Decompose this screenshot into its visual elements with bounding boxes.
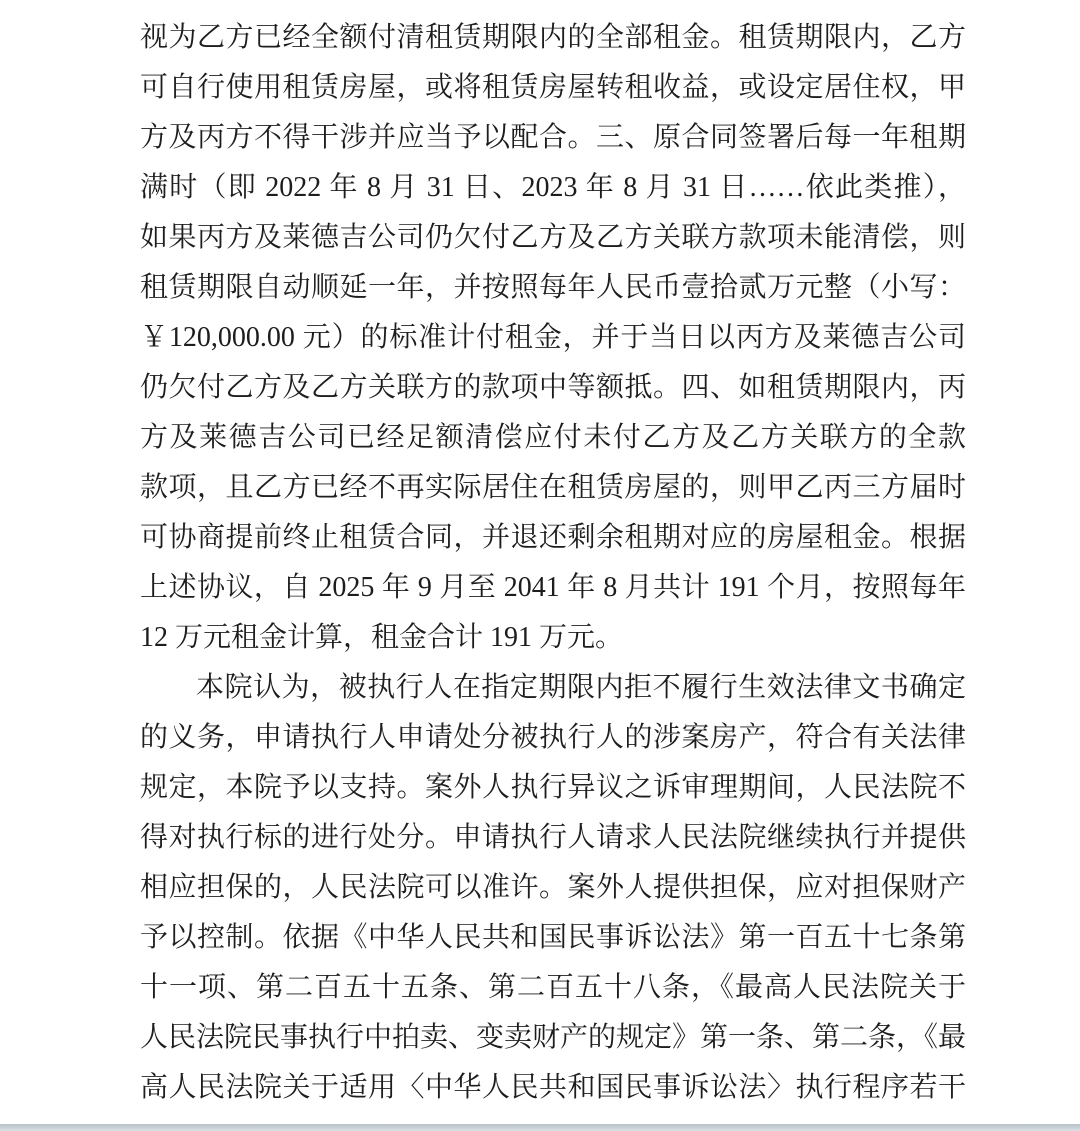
text-line: 人民法院民事执行中拍卖、变卖财产的规定》第一条、第二条，《最 bbox=[140, 1013, 966, 1063]
document-page: 视为乙方已经全额付清租赁期限内的全部租金。租赁期限内，乙方 可自行使用租赁房屋，… bbox=[0, 0, 1080, 1131]
text-line: 本院认为，被执行人在指定期限内拒不履行生效法律文书确定 bbox=[140, 663, 966, 713]
text-line: 高人民法院关于适用〈中华人民共和国民事诉讼法〉执行程序若干 bbox=[140, 1063, 966, 1113]
text-line: 仍欠付乙方及乙方关联方的款项中等额抵。四、如租赁期限内，丙 bbox=[140, 363, 966, 413]
text-line: 租赁期限自动顺延一年，并按照每年人民币壹拾贰万元整（小写： bbox=[140, 263, 966, 313]
text-line: 规定，本院予以支持。案外人执行异议之诉审理期间，人民法院不 bbox=[140, 763, 966, 813]
paragraph: 视为乙方已经全额付清租赁期限内的全部租金。租赁期限内，乙方 可自行使用租赁房屋，… bbox=[140, 13, 966, 663]
paragraph: 本院认为，被执行人在指定期限内拒不履行生效法律文书确定 的义务，申请执行人申请处… bbox=[140, 663, 966, 1113]
text-line: 上述协议，自 2025 年 9 月至 2041 年 8 月共计 191 个月，按… bbox=[140, 563, 966, 613]
document-text-block: 视为乙方已经全额付清租赁期限内的全部租金。租赁期限内，乙方 可自行使用租赁房屋，… bbox=[140, 13, 966, 1113]
text-line: 得对执行标的进行处分。申请执行人请求人民法院继续执行并提供 bbox=[140, 813, 966, 863]
text-line: 方及丙方不得干涉并应当予以配合。三、原合同签署后每一年租期 bbox=[140, 113, 966, 163]
text-line: 视为乙方已经全额付清租赁期限内的全部租金。租赁期限内，乙方 bbox=[140, 13, 966, 63]
text-line: ￥120,000.00 元）的标准计付租金，并于当日以丙方及莱德吉公司 bbox=[140, 313, 966, 363]
text-line: 12 万元租金计算，租金合计 191 万元。 bbox=[140, 613, 966, 663]
text-line: 满时（即 2022 年 8 月 31 日、2023 年 8 月 31 日……依此… bbox=[140, 163, 966, 213]
text-line: 的义务，申请执行人申请处分被执行人的涉案房产，符合有关法律 bbox=[140, 713, 966, 763]
text-line: 相应担保的，人民法院可以准许。案外人提供担保，应对担保财产 bbox=[140, 863, 966, 913]
text-line: 可协商提前终止租赁合同，并退还剩余租期对应的房屋租金。根据 bbox=[140, 513, 966, 563]
page-bottom-edge bbox=[0, 1124, 1080, 1131]
text-line: 可自行使用租赁房屋，或将租赁房屋转租收益，或设定居住权，甲 bbox=[140, 63, 966, 113]
text-line: 十一项、第二百五十五条、第二百五十八条，《最高人民法院关于 bbox=[140, 963, 966, 1013]
text-line: 方及莱德吉公司已经足额清偿应付未付乙方及乙方关联方的全款 bbox=[140, 413, 966, 463]
text-line: 如果丙方及莱德吉公司仍欠付乙方及乙方关联方款项未能清偿，则 bbox=[140, 213, 966, 263]
text-line: 款项，且乙方已经不再实际居住在租赁房屋的，则甲乙丙三方届时 bbox=[140, 463, 966, 513]
text-line: 予以控制。依据《中华人民共和国民事诉讼法》第一百五十七条第 bbox=[140, 913, 966, 963]
